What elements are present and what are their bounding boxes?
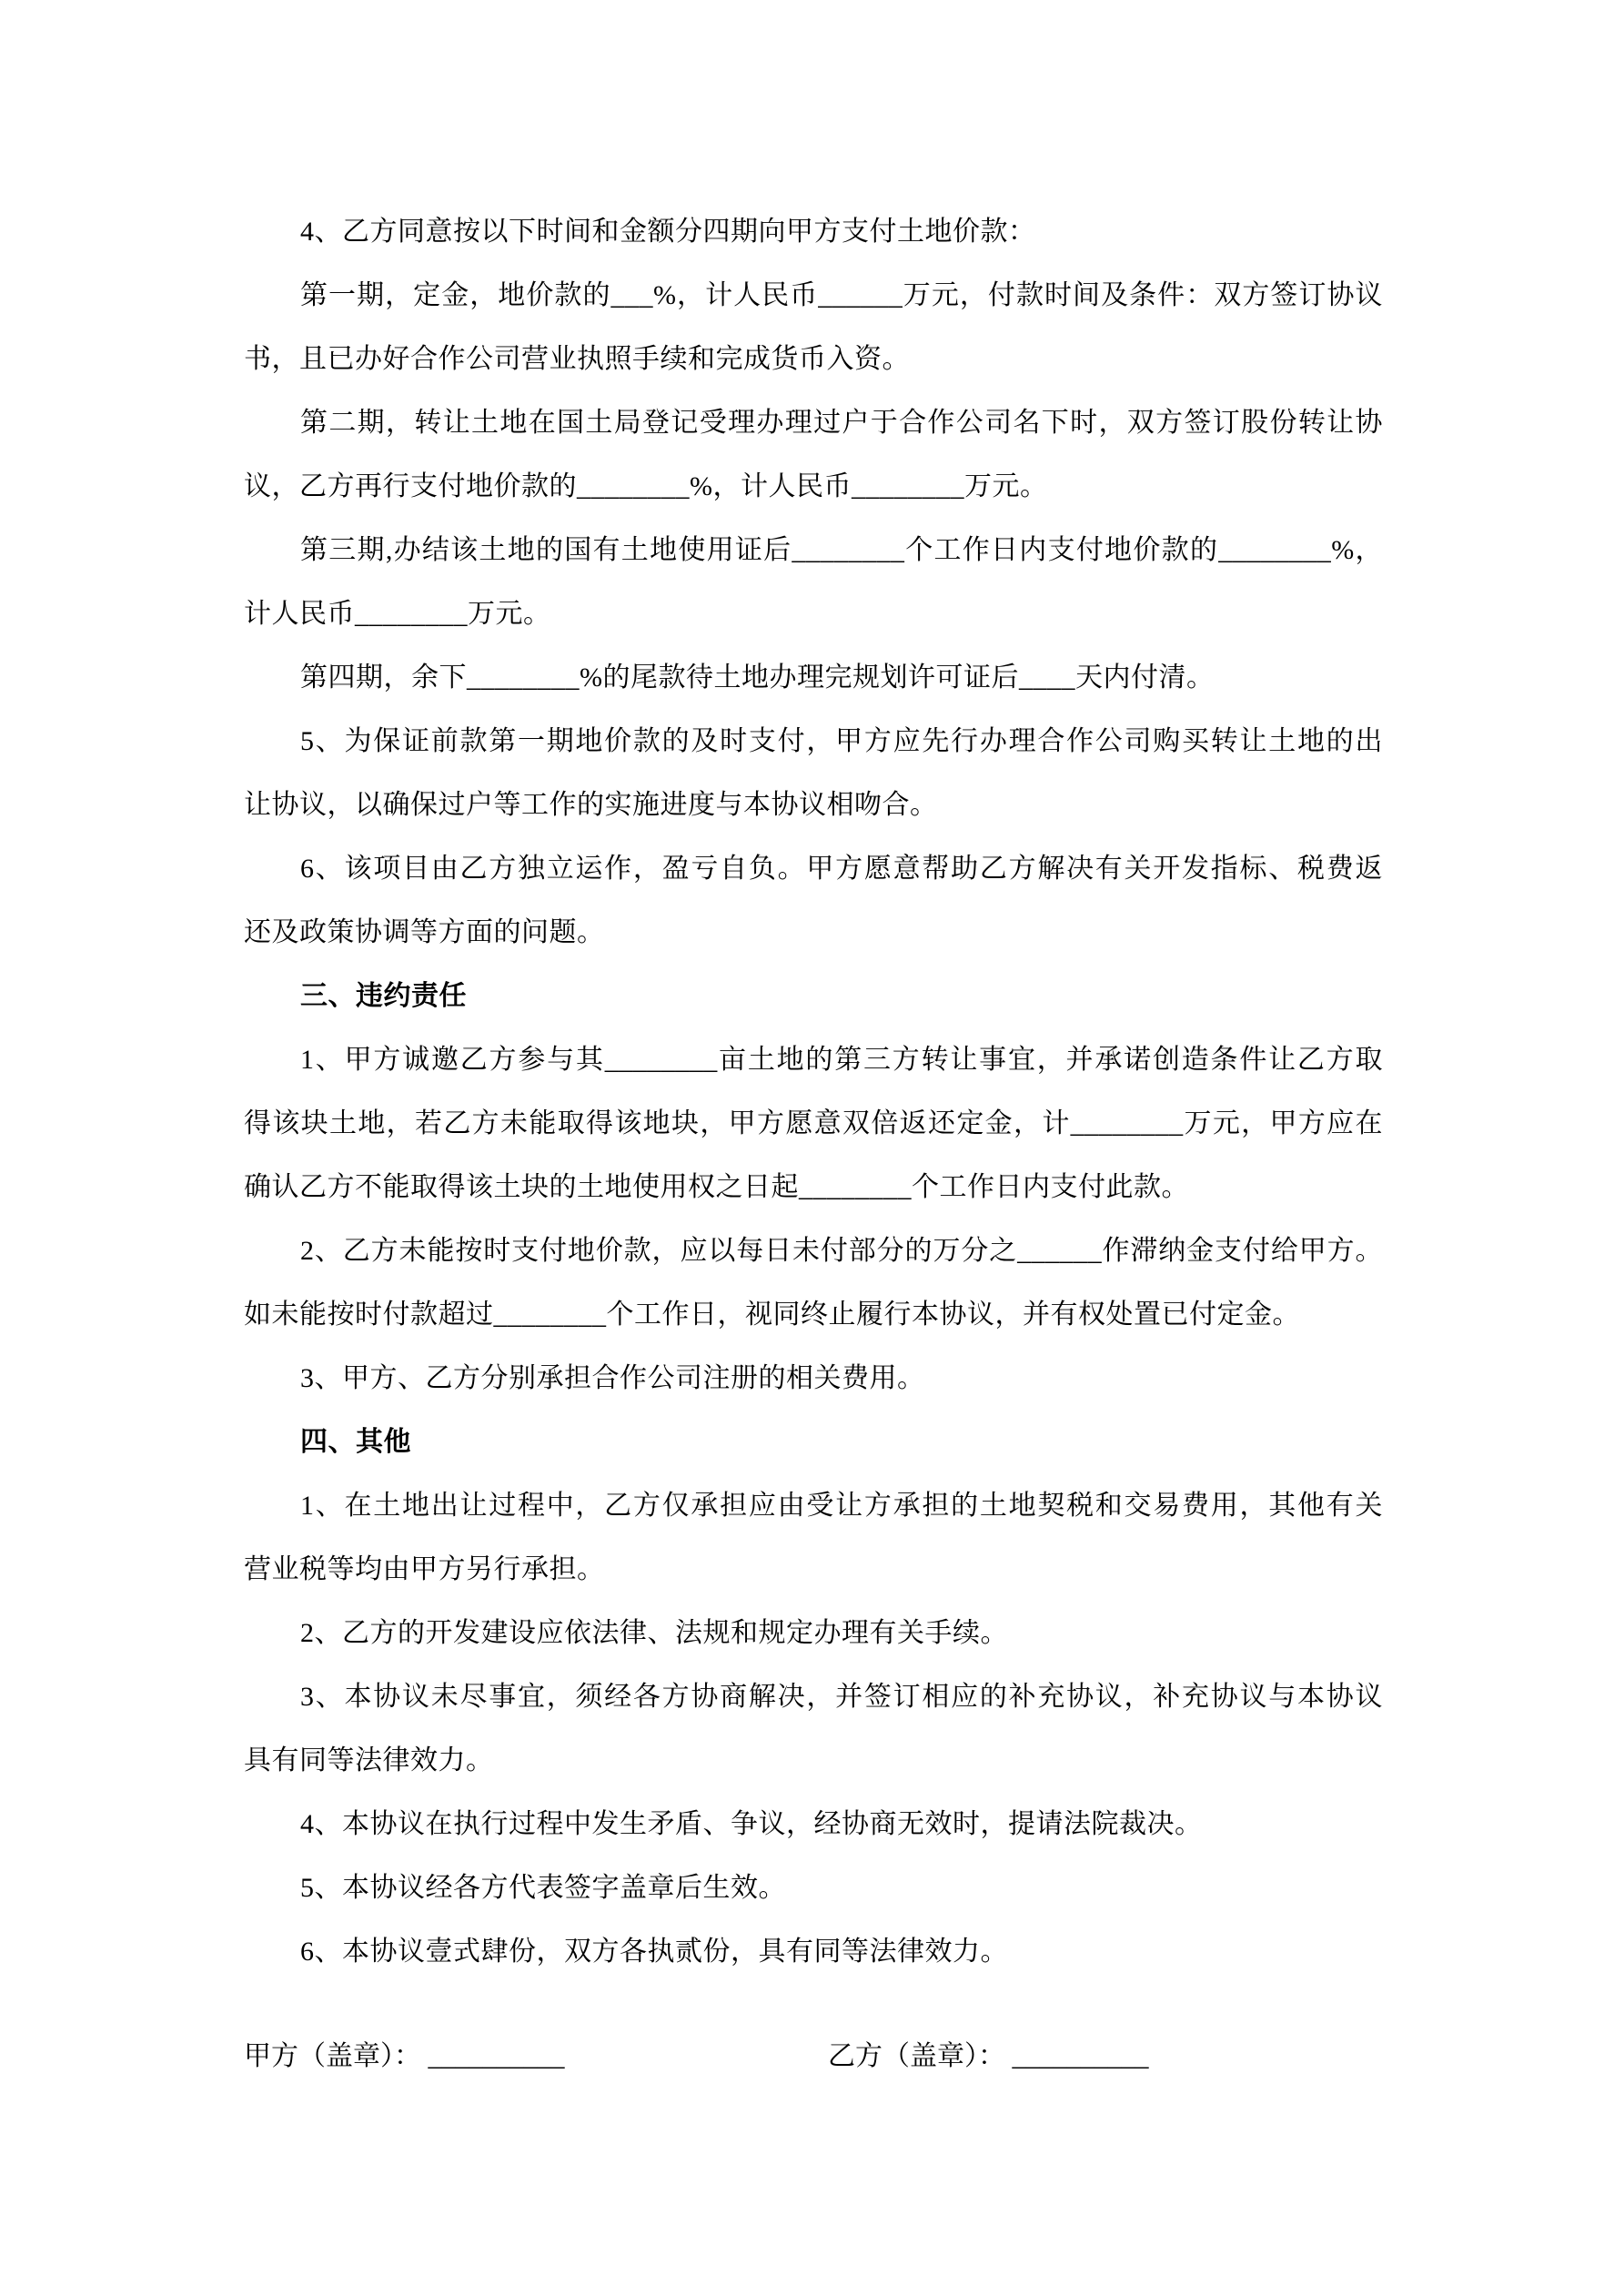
contract-line: 书，且已办好合作公司营业执照手续和完成货币入资。 (244, 328, 1383, 391)
contract-line: 营业税等均由甲方另行承担。 (244, 1538, 1383, 1602)
contract-line: 让协议，以确保过户等工作的实施进度与本协议相吻合。 (244, 774, 1383, 837)
contract-line: 议，乙方再行支付地价款的________%，计人民币________万元。 (244, 455, 1383, 519)
contract-line: 第三期,办结该土地的国有土地使用证后________个工作日内支付地价款的___… (244, 519, 1383, 582)
contract-line: 3、本协议未尽事宜，须经各方协商解决，并签订相应的补充协议，补充协议与本协议 (244, 1665, 1383, 1729)
contract-line: 1、甲方诚邀乙方参与其________亩土地的第三方转让事宜，并承诺创造条件让乙… (244, 1028, 1383, 1092)
section-heading-other: 四、其他 (244, 1411, 1383, 1474)
party-a-seal-label: 甲方（盖章）： __________ (244, 2041, 565, 2071)
document-page: 4、乙方同意按以下时间和金额分四期向甲方支付土地价款： 第一期，定金，地价款的_… (0, 0, 1624, 2296)
contract-line: 确认乙方不能取得该土块的土地使用权之日起________个工作日内支付此款。 (244, 1156, 1383, 1219)
contract-line: 第四期，余下________%的尾款待土地办理完规划许可证后____天内付清。 (244, 646, 1383, 710)
contract-line: 2、乙方的开发建设应依法律、法规和规定办理有关手续。 (244, 1602, 1383, 1665)
contract-line: 4、乙方同意按以下时间和金额分四期向甲方支付土地价款： (244, 200, 1383, 264)
contract-line: 得该块土地，若乙方未能取得该地块，甲方愿意双倍返还定金，计________万元，… (244, 1092, 1383, 1156)
section-heading-breach: 三、违约责任 (244, 965, 1383, 1028)
contract-line: 2、乙方未能按时支付地价款，应以每日未付部分的万分之______作滞纳金支付给甲… (244, 1219, 1383, 1283)
contract-line: 6、该项目由乙方独立运作，盈亏自负。甲方愿意帮助乙方解决有关开发指标、税费返 (244, 837, 1383, 901)
contract-line: 6、本协议壹式肆份，双方各执贰份，具有同等法律效力。 (244, 1920, 1383, 1984)
contract-line: 1、在土地出让过程中，乙方仅承担应由受让方承担的土地契税和交易费用，其他有关 (244, 1474, 1383, 1538)
signature-row: 甲方（盖章）： __________ 乙方（盖章）： __________ (244, 2025, 1383, 2089)
contract-line: 如未能按时付款超过________个工作日，视同终止履行本协议，并有权处置已付定… (244, 1283, 1383, 1347)
contract-line: 3、甲方、乙方分别承担合作公司注册的相关费用。 (244, 1347, 1383, 1411)
contract-line: 5、为保证前款第一期地价款的及时支付，甲方应先行办理合作公司购买转让土地的出 (244, 710, 1383, 774)
party-b-seal-label: 乙方（盖章）： __________ (828, 2025, 1149, 2089)
contract-line: 5、本协议经各方代表签字盖章后生效。 (244, 1856, 1383, 1920)
contract-line: 第一期，定金，地价款的___%，计人民币______万元，付款时间及条件：双方签… (244, 264, 1383, 328)
contract-line: 还及政策协调等方面的问题。 (244, 901, 1383, 965)
contract-line: 第二期，转让土地在国土局登记受理办理过户于合作公司名下时，双方签订股份转让协 (244, 391, 1383, 455)
contract-line: 具有同等法律效力。 (244, 1729, 1383, 1793)
contract-line: 4、本协议在执行过程中发生矛盾、争议，经协商无效时，提请法院裁决。 (244, 1793, 1383, 1856)
contract-line: 计人民币________万元。 (244, 582, 1383, 646)
